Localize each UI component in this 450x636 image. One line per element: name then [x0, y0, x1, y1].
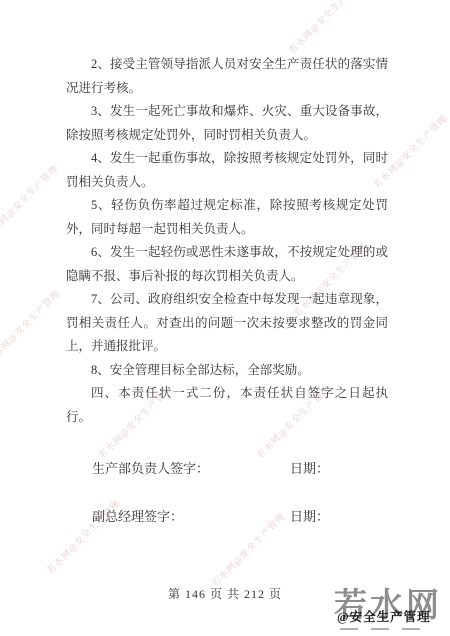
body-paragraph: 2、接受主管领导指派人员对安全生产责任状的落实情况进行考核。: [66, 53, 388, 100]
signature-row: 生产部负责人签字： 日期：: [0, 458, 450, 478]
watermark-logo: 若水网 @安全生产管理: [334, 590, 450, 636]
signature-label: 生产部负责人签字：: [92, 458, 209, 477]
body-paragraph: 四、本责任状一式二份，本责任状自签字之日起执行。: [66, 382, 388, 429]
body-text: 2、接受主管领导指派人员对安全生产责任状的落实情况进行考核。 3、发生一起死亡事…: [66, 53, 388, 429]
diagonal-watermark: 若水网@安全生产管理: [285, 0, 364, 56]
date-label: 日期：: [290, 458, 329, 477]
body-paragraph: 7、公司、政府组织安全检查中每发现一起违章现象，罚相关责任人。对查出的问题一次未…: [66, 288, 388, 359]
body-paragraph: 8、安全管理目标全部达标，全部奖励。: [66, 359, 388, 383]
date-label: 日期：: [290, 506, 329, 525]
watermark-logo-overlay-text: @安全生产管理: [337, 607, 431, 625]
signature-row: 副总经理签字： 日期：: [0, 506, 450, 526]
signature-label: 副总经理签字：: [92, 506, 183, 525]
body-paragraph: 3、发生一起死亡事故和爆炸、火灾、重大设备事故，除按照考核规定处罚外，同时罚相关…: [66, 100, 388, 147]
body-paragraph: 5、轻伤负伤率超过规定标准，除按照考核规定处罚外，同时每超一起罚相关负责人。: [66, 194, 388, 241]
diagonal-watermark: 若水网@安全生产管理: [0, 162, 61, 241]
document-page: 若水网@安全生产管理 若水网@安全生产管理 若水网@安全生产管理 若水网@安全生…: [0, 0, 450, 636]
logo-tagline-marks: [340, 628, 444, 631]
body-paragraph: 6、发生一起轻伤或恶性未遂事故，不按规定处理的或隐瞒不报、事后补报的每次罚相关负…: [66, 241, 388, 288]
body-paragraph: 4、发生一起重伤事故，除按照考核规定处罚外，同时罚相关负责人。: [66, 147, 388, 194]
diagonal-watermark: 若水网@安全生产管理: [0, 287, 63, 366]
